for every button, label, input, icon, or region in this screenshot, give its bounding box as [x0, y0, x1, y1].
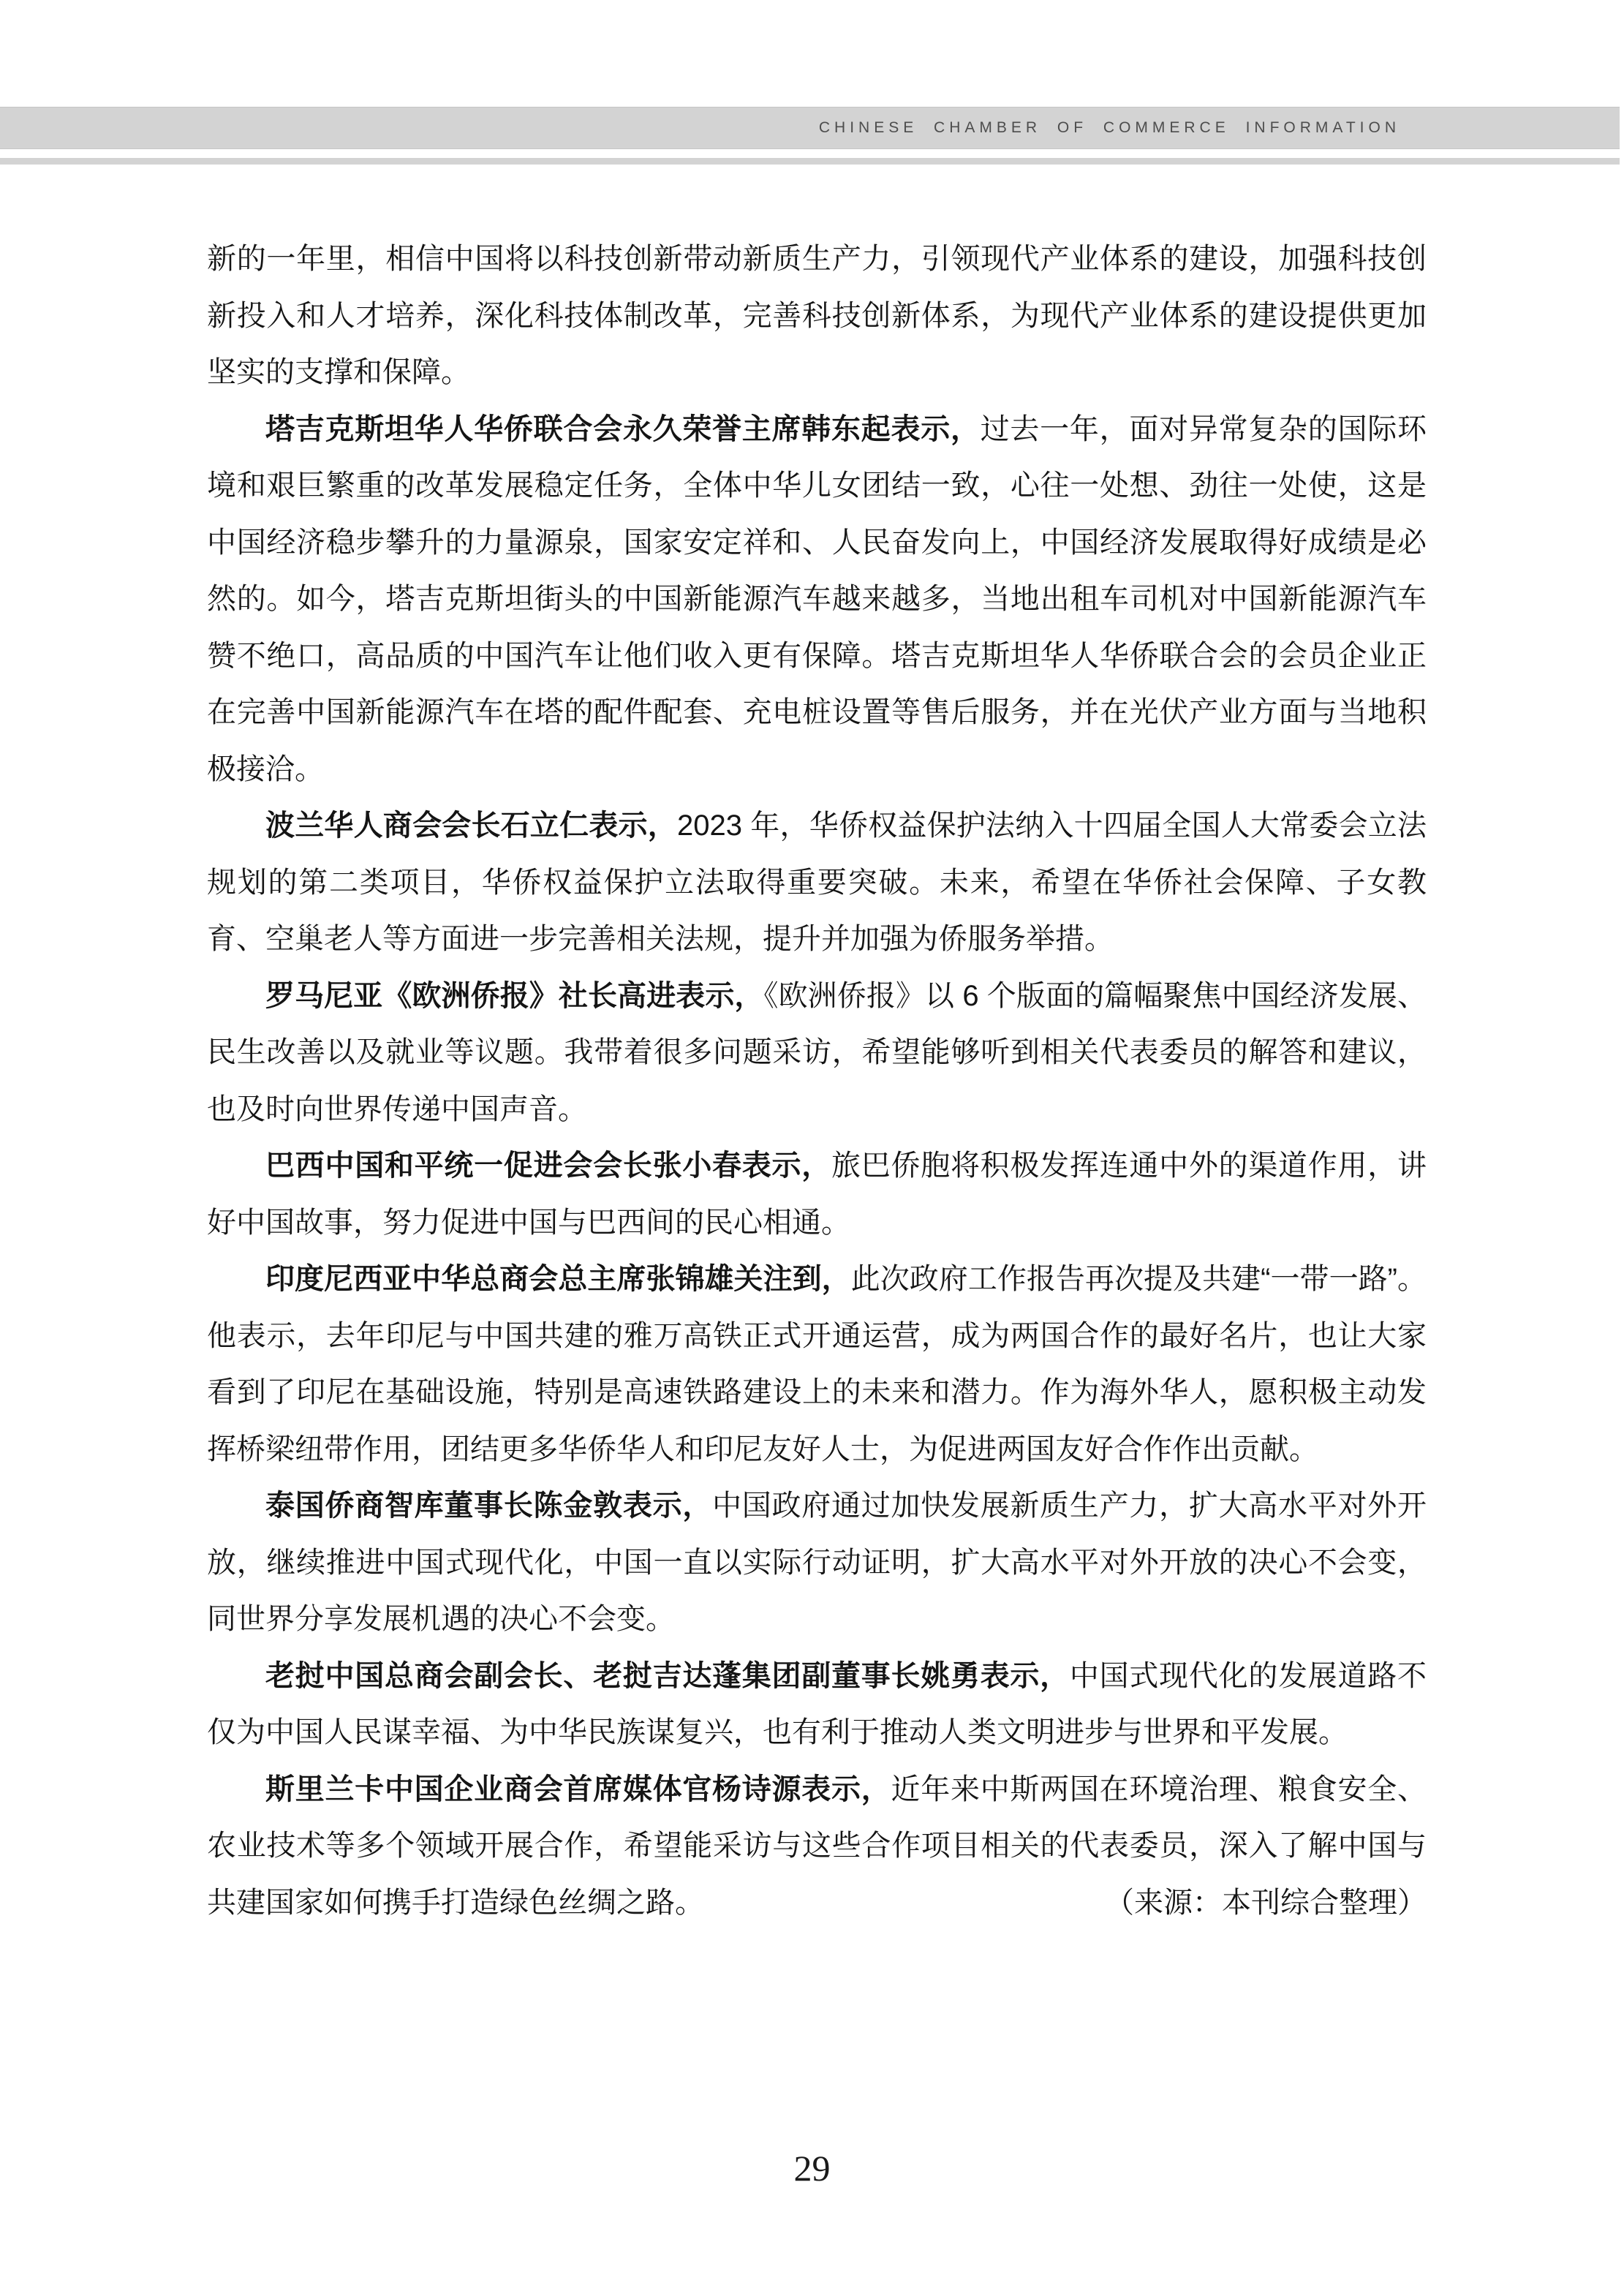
- article-body: 新的一年里，相信中国将以科技创新带动新质生产力，引领现代产业体系的建设，加强科技…: [207, 231, 1427, 1931]
- header-band: CHINESE CHAMBER OF COMMERCE INFORMATION: [0, 107, 1620, 149]
- paragraph-text: 新的一年里，相信中国将以科技创新带动新质生产力，引领现代产业体系的建设，加强科技…: [207, 243, 1427, 388]
- speaker-lead: 斯里兰卡中国企业商会首席媒体官杨诗源表示，: [265, 1773, 891, 1805]
- speaker-lead: 老挝中国总商会副会长、老挝吉达蓬集团副董事长姚勇表示，: [265, 1660, 1070, 1692]
- paragraph-8: 老挝中国总商会副会长、老挝吉达蓬集团副董事长姚勇表示，中国式现代化的发展道路不仅…: [207, 1648, 1427, 1762]
- speaker-lead: 泰国侨商智库董事长陈金敦表示，: [265, 1490, 712, 1522]
- speaker-lead: 印度尼西亚中华总商会总主席张锦雄关注到，: [265, 1263, 851, 1295]
- paragraph-text: 过去一年，面对异常复杂的国际环境和艰巨繁重的改革发展稳定任务，全体中华儿女团结一…: [207, 413, 1427, 785]
- source-note: （来源：本刊综合整理）: [1046, 1875, 1427, 1932]
- speaker-lead: 巴西中国和平统一促进会会长张小春表示，: [265, 1150, 831, 1182]
- paragraph-2: 塔吉克斯坦华人华侨联合会永久荣誉主席韩东起表示，过去一年，面对异常复杂的国际环境…: [207, 401, 1427, 799]
- magazine-page: CHINESE CHAMBER OF COMMERCE INFORMATION …: [0, 0, 1624, 2272]
- paragraph-4: 罗马尼亚《欧洲侨报》社长高进表示，《欧洲侨报》以 6 个版面的篇幅聚焦中国经济发…: [207, 968, 1427, 1139]
- speaker-lead: 罗马尼亚《欧洲侨报》社长高进表示，: [265, 980, 764, 1012]
- paragraph-6: 印度尼西亚中华总商会总主席张锦雄关注到，此次政府工作报告再次提及共建“一带一路”…: [207, 1251, 1427, 1478]
- header-rule: [0, 158, 1620, 165]
- paragraph-9: 斯里兰卡中国企业商会首席媒体官杨诗源表示，近年来中斯两国在环境治理、粮食安全、农…: [207, 1762, 1427, 1932]
- page-number: 29: [0, 2147, 1624, 2189]
- paragraph-3: 波兰华人商会会长石立仁表示，2023 年，华侨权益保护法纳入十四届全国人大常委会…: [207, 798, 1427, 968]
- paragraph-7: 泰国侨商智库董事长陈金敦表示，中国政府通过加快发展新质生产力，扩大高水平对外开放…: [207, 1478, 1427, 1648]
- speaker-lead: 塔吉克斯坦华人华侨联合会永久荣誉主席韩东起表示，: [265, 413, 981, 445]
- paragraph-5: 巴西中国和平统一促进会会长张小春表示，旅巴侨胞将积极发挥连通中外的渠道作用，讲好…: [207, 1138, 1427, 1251]
- paragraph-1: 新的一年里，相信中国将以科技创新带动新质生产力，引领现代产业体系的建设，加强科技…: [207, 231, 1427, 401]
- speaker-lead: 波兰华人商会会长石立仁表示，: [265, 809, 677, 842]
- header-banner-text: CHINESE CHAMBER OF COMMERCE INFORMATION: [819, 119, 1400, 137]
